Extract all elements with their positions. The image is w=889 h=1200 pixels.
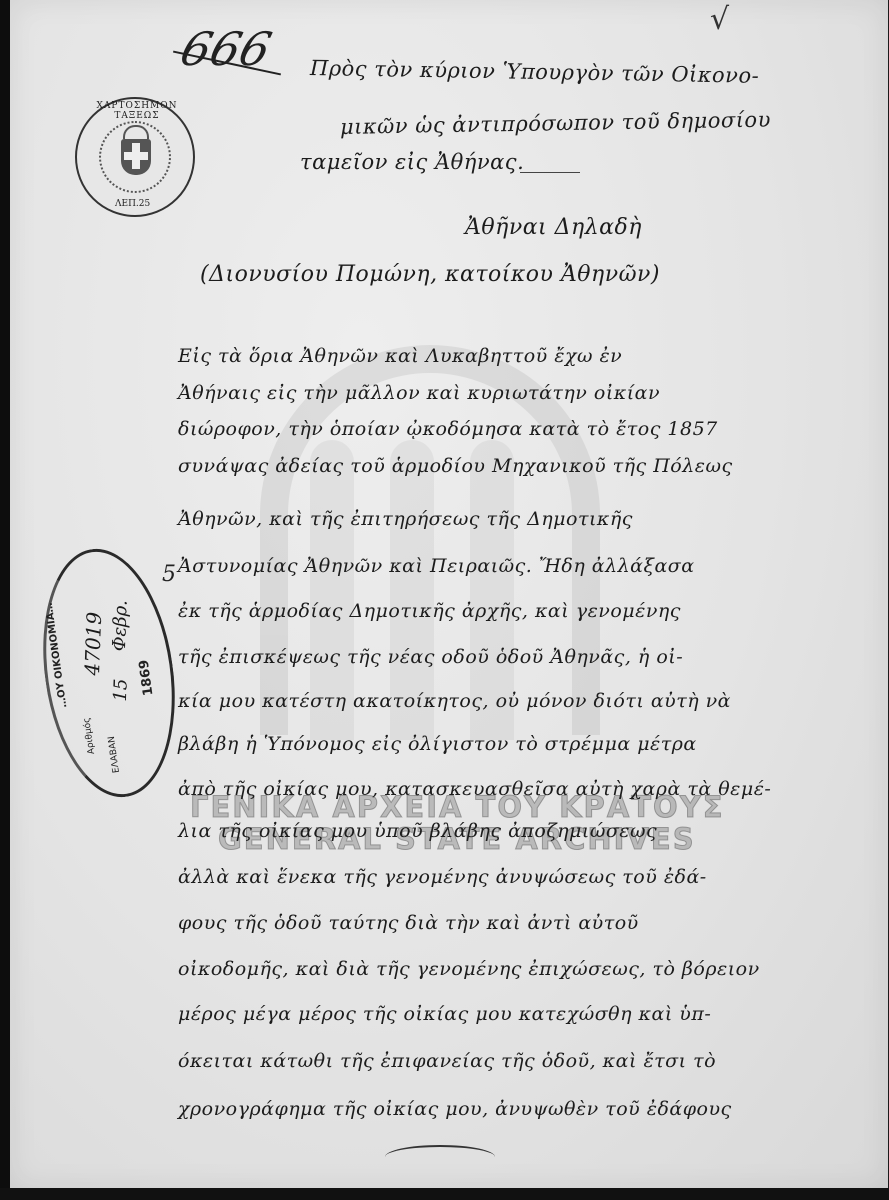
- scan-border-bottom: [0, 1188, 889, 1200]
- folio-number: 666: [175, 22, 277, 76]
- scan-border-left: [0, 0, 10, 1200]
- body-line: βλάβη ἡ Ὑπόνομος εἰς ὀλίγιστον τὸ στρέμμ…: [178, 733, 697, 755]
- margin-mark: 5: [162, 562, 176, 587]
- tax-stamp: ΧΑΡΤΟΣΗΜΟΝ ΤΑΞΕΩΣ ΛΕΠ.25: [75, 97, 195, 217]
- body-line: χρονογράφημα τῆς οἰκίας μου, ἀνυψωθὲν το…: [178, 1098, 732, 1120]
- receipt-protocol-label: Αριθμός: [82, 717, 97, 755]
- flourish-mark: [385, 1145, 495, 1169]
- body-line: ἐκ τῆς ἁρμοδίας Δημοτικῆς ἀρχῆς, καὶ γεν…: [178, 600, 681, 622]
- body-line: τῆς ἐπισκέψεως τῆς νέας οδοῦ ὁδοῦ Ἀθηνᾶς…: [178, 646, 683, 668]
- address-line-2: μικῶν ὡς ἀντιπρόσωπον τοῦ δημοσίου: [340, 107, 771, 139]
- body-line: Εἰς τὰ ὅρια Ἀθηνῶν καὶ Λυκαβηττοῦ ἔχω ἐν: [178, 345, 622, 367]
- body-line: Ἀθηνῶν, καὶ τῆς ἐπιτηρήσεως τῆς Δημοτικῆ…: [178, 508, 633, 530]
- body-line: ἀλλὰ καὶ ἕνεκα τῆς γενομένης ἀνυψώσεως τ…: [178, 866, 707, 888]
- body-line: συνάψας ἀδείας τοῦ ἁρμοδίου Μηχανικοῦ τῆ…: [178, 455, 733, 477]
- cross-icon-bar: [124, 152, 148, 160]
- body-line: Ἀθήναις εἰς τὴν μᾶλλον καὶ κυριωτάτην οἰ…: [178, 382, 660, 404]
- body-line: όκειται κάτωθι τῆς ἐπιφανείας τῆς ὁδοῦ, …: [178, 1050, 716, 1072]
- receipt-year: 1869: [137, 659, 157, 697]
- manuscript-page: ΓΕΝΙΚΑ ΑΡΧΕΙΑ ΤΟΥ ΚΡΑΤΟΥΣ GENERAL STATE …: [10, 0, 888, 1188]
- body-line: φους τῆς ὁδοῦ ταύτης διὰ τὴν καὶ ἀντὶ αὐ…: [178, 912, 639, 934]
- check-mark-icon: √: [710, 2, 729, 37]
- receipt-protocol-number: 47019: [80, 611, 106, 675]
- body-line: λια τῆς οἰκίας μου ὑποῦ βλάβης ἀποζημιώσ…: [178, 820, 657, 842]
- receipt-office: …ΟΥ ΟΙΚΟΝΟΜΙΑ…: [44, 602, 70, 708]
- address-line-3: ταμεῖον εἰς Ἀθήνας.: [300, 150, 524, 174]
- body-line: οἰκοδομῆς, καὶ διὰ τῆς γενομένης ἐπιχώσε…: [178, 958, 760, 980]
- receipt-date-month: Φεβρ.: [109, 600, 132, 652]
- body-line: κία μου κατέστη ακατοίκητος, οὐ μόνον δι…: [178, 690, 731, 712]
- body-line: Ἀστυνομίας Ἀθηνῶν καὶ Πειραιῶς. Ἤδη ἀλλά…: [178, 555, 695, 577]
- tax-stamp-title: ΧΑΡΤΟΣΗΜΟΝ ΤΑΞΕΩΣ: [83, 101, 191, 121]
- address-line-1: Πρὸς τὸν κύριον Ὑπουργὸν τῶν Οἰκονο-: [310, 56, 760, 88]
- tax-stamp-value: ΛΕΠ.25: [115, 199, 150, 209]
- petitioner-name: (Διονυσίου Πομώνη, κατοίκου Ἀθηνῶν): [200, 262, 660, 287]
- salutation: Ἀθῆναι Δηλαδὴ: [465, 215, 642, 240]
- receipt-date-day: 15: [110, 678, 132, 702]
- receipt-date-label: ΕΛΑΒΑΝ: [107, 735, 122, 773]
- body-line: ἀπὸ τῆς οἰκίας μου, κατασκευασθεῖσα αὐτὴ…: [178, 778, 771, 800]
- body-line: διώροφον, τὴν ὁποίαν ᾠκοδόμησα κατὰ τὸ ἔ…: [178, 418, 718, 440]
- body-line: μέρος μέγα μέρος τῆς οἰκίας μου κατεχώσθ…: [178, 1003, 711, 1025]
- rule-line: [520, 172, 580, 173]
